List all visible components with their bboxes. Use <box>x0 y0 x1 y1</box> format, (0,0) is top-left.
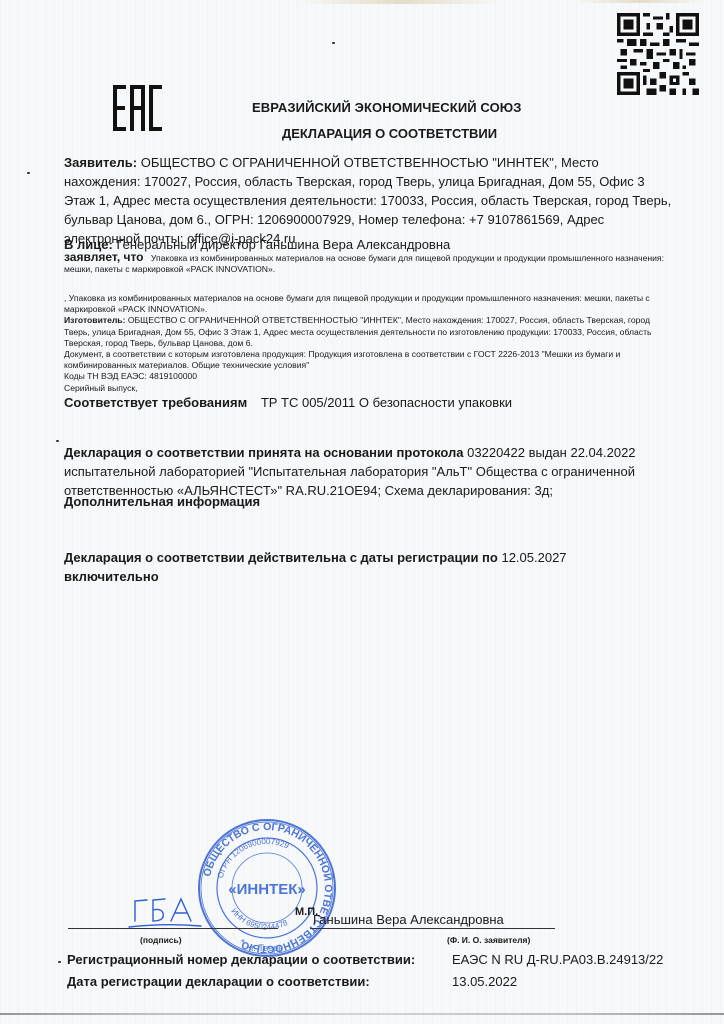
scan-edge-stain <box>575 0 705 3</box>
complies-section: Соответствует требованиям ТР ТС 005/2011… <box>64 393 676 412</box>
document-line: Документ, в соответствии с которым изгот… <box>64 349 676 371</box>
handwritten-signature <box>125 893 205 933</box>
validity-section: Декларация о соответствии действительна … <box>64 548 676 586</box>
product-details: , Упаковка из комбинированных материалов… <box>64 293 676 394</box>
qr-code-icon <box>617 13 699 95</box>
scan-speck <box>27 172 30 174</box>
registration-date-label: Дата регистрации декларации о соответств… <box>67 974 370 989</box>
person-text: Генеральный директор Ганьшина Вера Алекс… <box>116 237 450 252</box>
registration-number-label: Регистрационный номер декларации о соотв… <box>67 952 415 967</box>
scan-edge-stain <box>300 0 500 4</box>
validity-suffix: включительно <box>64 569 159 584</box>
validity-label: Декларация о соответствии действительна … <box>64 550 498 565</box>
applicant-section: Заявитель: ОБЩЕСТВО С ОГРАНИЧЕННОЙ ОТВЕТ… <box>64 153 676 248</box>
complies-text: ТР ТС 005/2011 О безопасности упаковки <box>261 395 512 410</box>
name-line <box>310 928 555 929</box>
applicant-text: ОБЩЕСТВО С ОГРАНИЧЕННОЙ ОТВЕТСТВЕННОСТЬЮ… <box>64 155 671 246</box>
eac-logo-icon <box>113 85 163 131</box>
scan-speck <box>58 961 61 963</box>
union-title: ЕВРАЗИЙСКИЙ ЭКОНОМИЧЕСКИЙ СОЮЗ <box>252 100 522 115</box>
declares-section: заявляет, что Упаковка из комбинированны… <box>64 252 676 275</box>
manufacturer-label: Изготовитель: <box>64 315 125 325</box>
signer-name: Ганьшина Вера Александровна <box>313 912 504 927</box>
signature-caption: (подпись) <box>140 935 182 945</box>
declares-label: заявляет, что <box>64 250 144 264</box>
validity-date: 12.05.2027 <box>501 550 566 565</box>
document-title: ДЕКЛАРАЦИЯ О СООТВЕТСТВИИ <box>282 126 497 141</box>
svg-text:*: * <box>289 938 293 949</box>
manufacturer-line: Изготовитель: ОБЩЕСТВО С ОГРАНИЧЕННОЙ ОТ… <box>64 315 676 349</box>
basis-label: Декларация о соответствии принята на осн… <box>64 445 464 460</box>
scan-bottom-edge <box>0 1013 724 1015</box>
complies-label: Соответствует требованиям <box>64 395 247 410</box>
signature-line <box>68 928 278 929</box>
company-stamp-icon: ОБЩЕСТВО С ОГРАНИЧЕННОЙ ОТВЕТСТВЕННОСТЬЮ… <box>197 818 337 958</box>
registration-number-value: ЕАЭС N RU Д-RU.РА03.В.24913/22 <box>452 952 663 967</box>
codes-line: Коды ТН ВЭД ЕАЭС: 4819100000 <box>64 371 676 382</box>
applicant-label: Заявитель: <box>64 155 137 170</box>
scan-speck <box>332 42 335 44</box>
product-line: , Упаковка из комбинированных материалов… <box>64 293 676 315</box>
extra-info-label: Дополнительная информация <box>64 492 260 511</box>
scan-speck <box>56 440 59 442</box>
manufacturer-text: ОБЩЕСТВО С ОГРАНИЧЕННОЙ ОТВЕТСТВЕННОСТЬЮ… <box>64 315 651 347</box>
declares-text: Упаковка из комбинированных материалов н… <box>64 253 664 274</box>
svg-text:«ИННТЕК»: «ИННТЕК» <box>228 881 305 898</box>
registration-date-value: 13.05.2022 <box>452 974 517 989</box>
name-caption: (Ф. И. О. заявителя) <box>447 935 530 945</box>
svg-text:*: * <box>241 938 245 949</box>
